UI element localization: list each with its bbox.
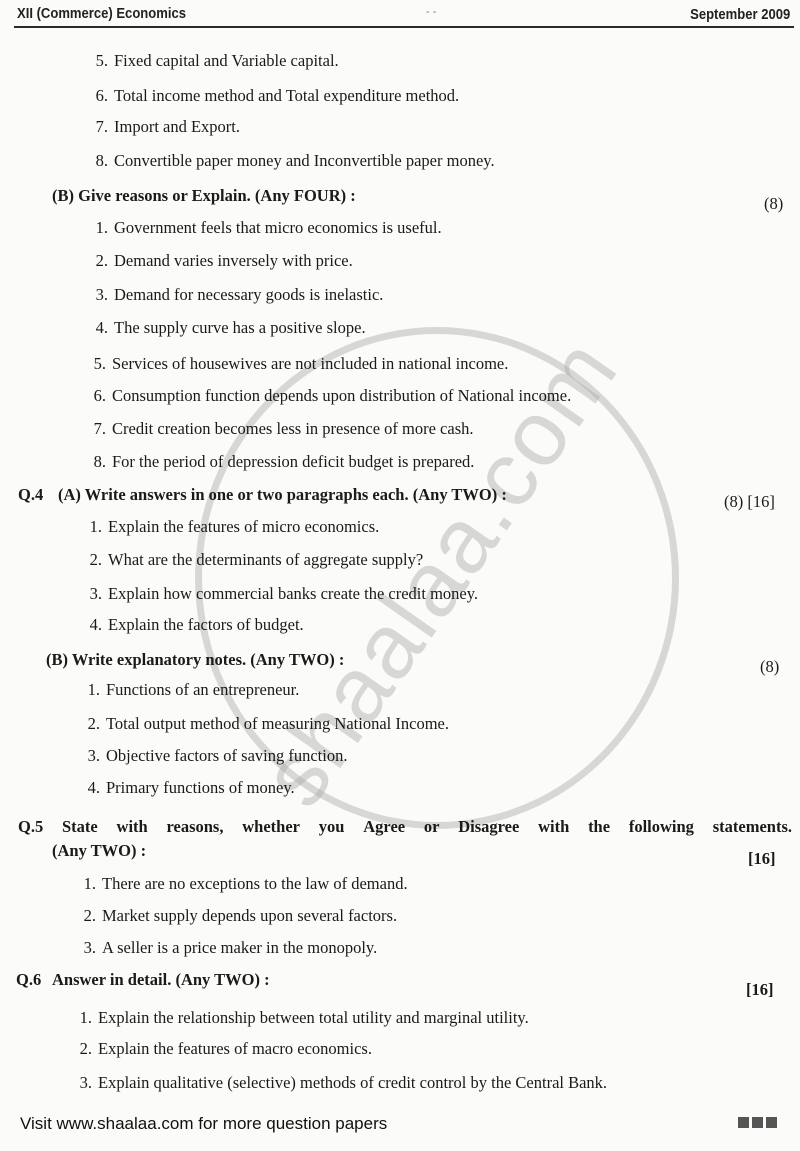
heading-word: reasons, [166, 817, 223, 837]
section-heading-q5: Q.5Statewithreasons,whetheryouAgreeorDis… [18, 817, 792, 837]
exam-date: September 2009 [690, 7, 790, 23]
marks-q4b: (8) [760, 657, 779, 677]
heading-word: with [117, 817, 148, 837]
heading-word: Disagree [458, 817, 519, 837]
heading-word: the [588, 817, 610, 837]
heading-word: you [319, 817, 345, 837]
marks-q3b: (8) [764, 194, 783, 214]
heading-word: State [62, 817, 98, 837]
heading-word: with [538, 817, 569, 837]
heading-word: statements. [713, 817, 792, 837]
square-icon [738, 1117, 749, 1128]
heading-word: following [629, 817, 694, 837]
marks-q5: [16] [748, 849, 776, 869]
page-header: XII (Commerce) Economics - - September 2… [14, 2, 794, 28]
page-marker: - - [426, 6, 436, 18]
section-heading-q4b: (B) Write explanatory notes. (Any TWO) : [46, 650, 344, 670]
end-of-paper-mark [738, 1117, 777, 1128]
section-heading-q4a: (A) Write answers in one or two paragrap… [58, 485, 507, 505]
marks-q6: [16] [746, 980, 774, 1000]
square-icon [752, 1117, 763, 1128]
heading-word: Agree [363, 817, 405, 837]
heading-word: Q.5 [18, 817, 43, 837]
question-label-q4: Q.4 [18, 485, 43, 505]
section-heading-q3b: (B) Give reasons or Explain. (Any FOUR) … [52, 186, 356, 206]
marks-q4a: (8) [16] [724, 492, 775, 512]
heading-word: whether [242, 817, 300, 837]
section-heading-q6: Answer in detail. (Any TWO) : [52, 970, 270, 990]
heading-word: or [424, 817, 440, 837]
section-heading-q5-line2: (Any TWO) : [52, 841, 146, 861]
subject-title: XII (Commerce) Economics [17, 6, 186, 22]
square-icon [766, 1117, 777, 1128]
footer-link[interactable]: Visit www.shaalaa.com for more question … [20, 1114, 387, 1134]
question-label-q6: Q.6 [16, 970, 41, 990]
